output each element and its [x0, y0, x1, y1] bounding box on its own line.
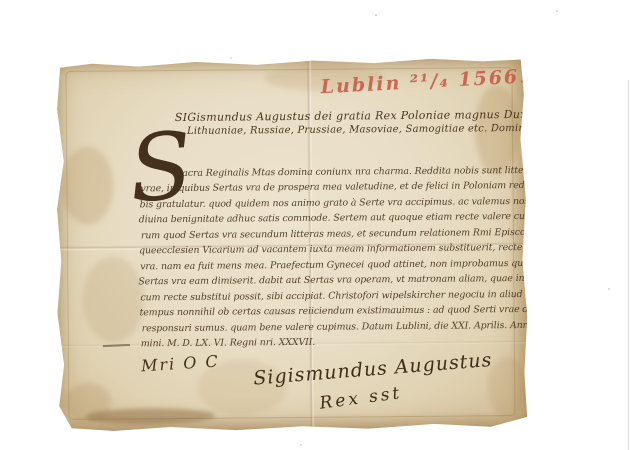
stain: [61, 147, 114, 225]
stain: [487, 357, 528, 417]
dust-specks: [375, 14, 377, 16]
letter-document: Lublin ²¹/₄ 1566. SIGismundus Augustus d…: [54, 57, 528, 432]
stain: [82, 256, 145, 343]
scan-edge-line: [628, 80, 629, 450]
royal-intitulatio-line2: Lithuaniae, Russiae, Prussiae, Masoviae,…: [187, 122, 592, 137]
stain: [65, 383, 111, 423]
letter-body-line: mini. M. D. LX. VI. Regni nri. XXXVII.: [141, 337, 315, 350]
photo-background: Lublin ²¹/₄ 1566. SIGismundus Augustus d…: [0, 0, 636, 450]
